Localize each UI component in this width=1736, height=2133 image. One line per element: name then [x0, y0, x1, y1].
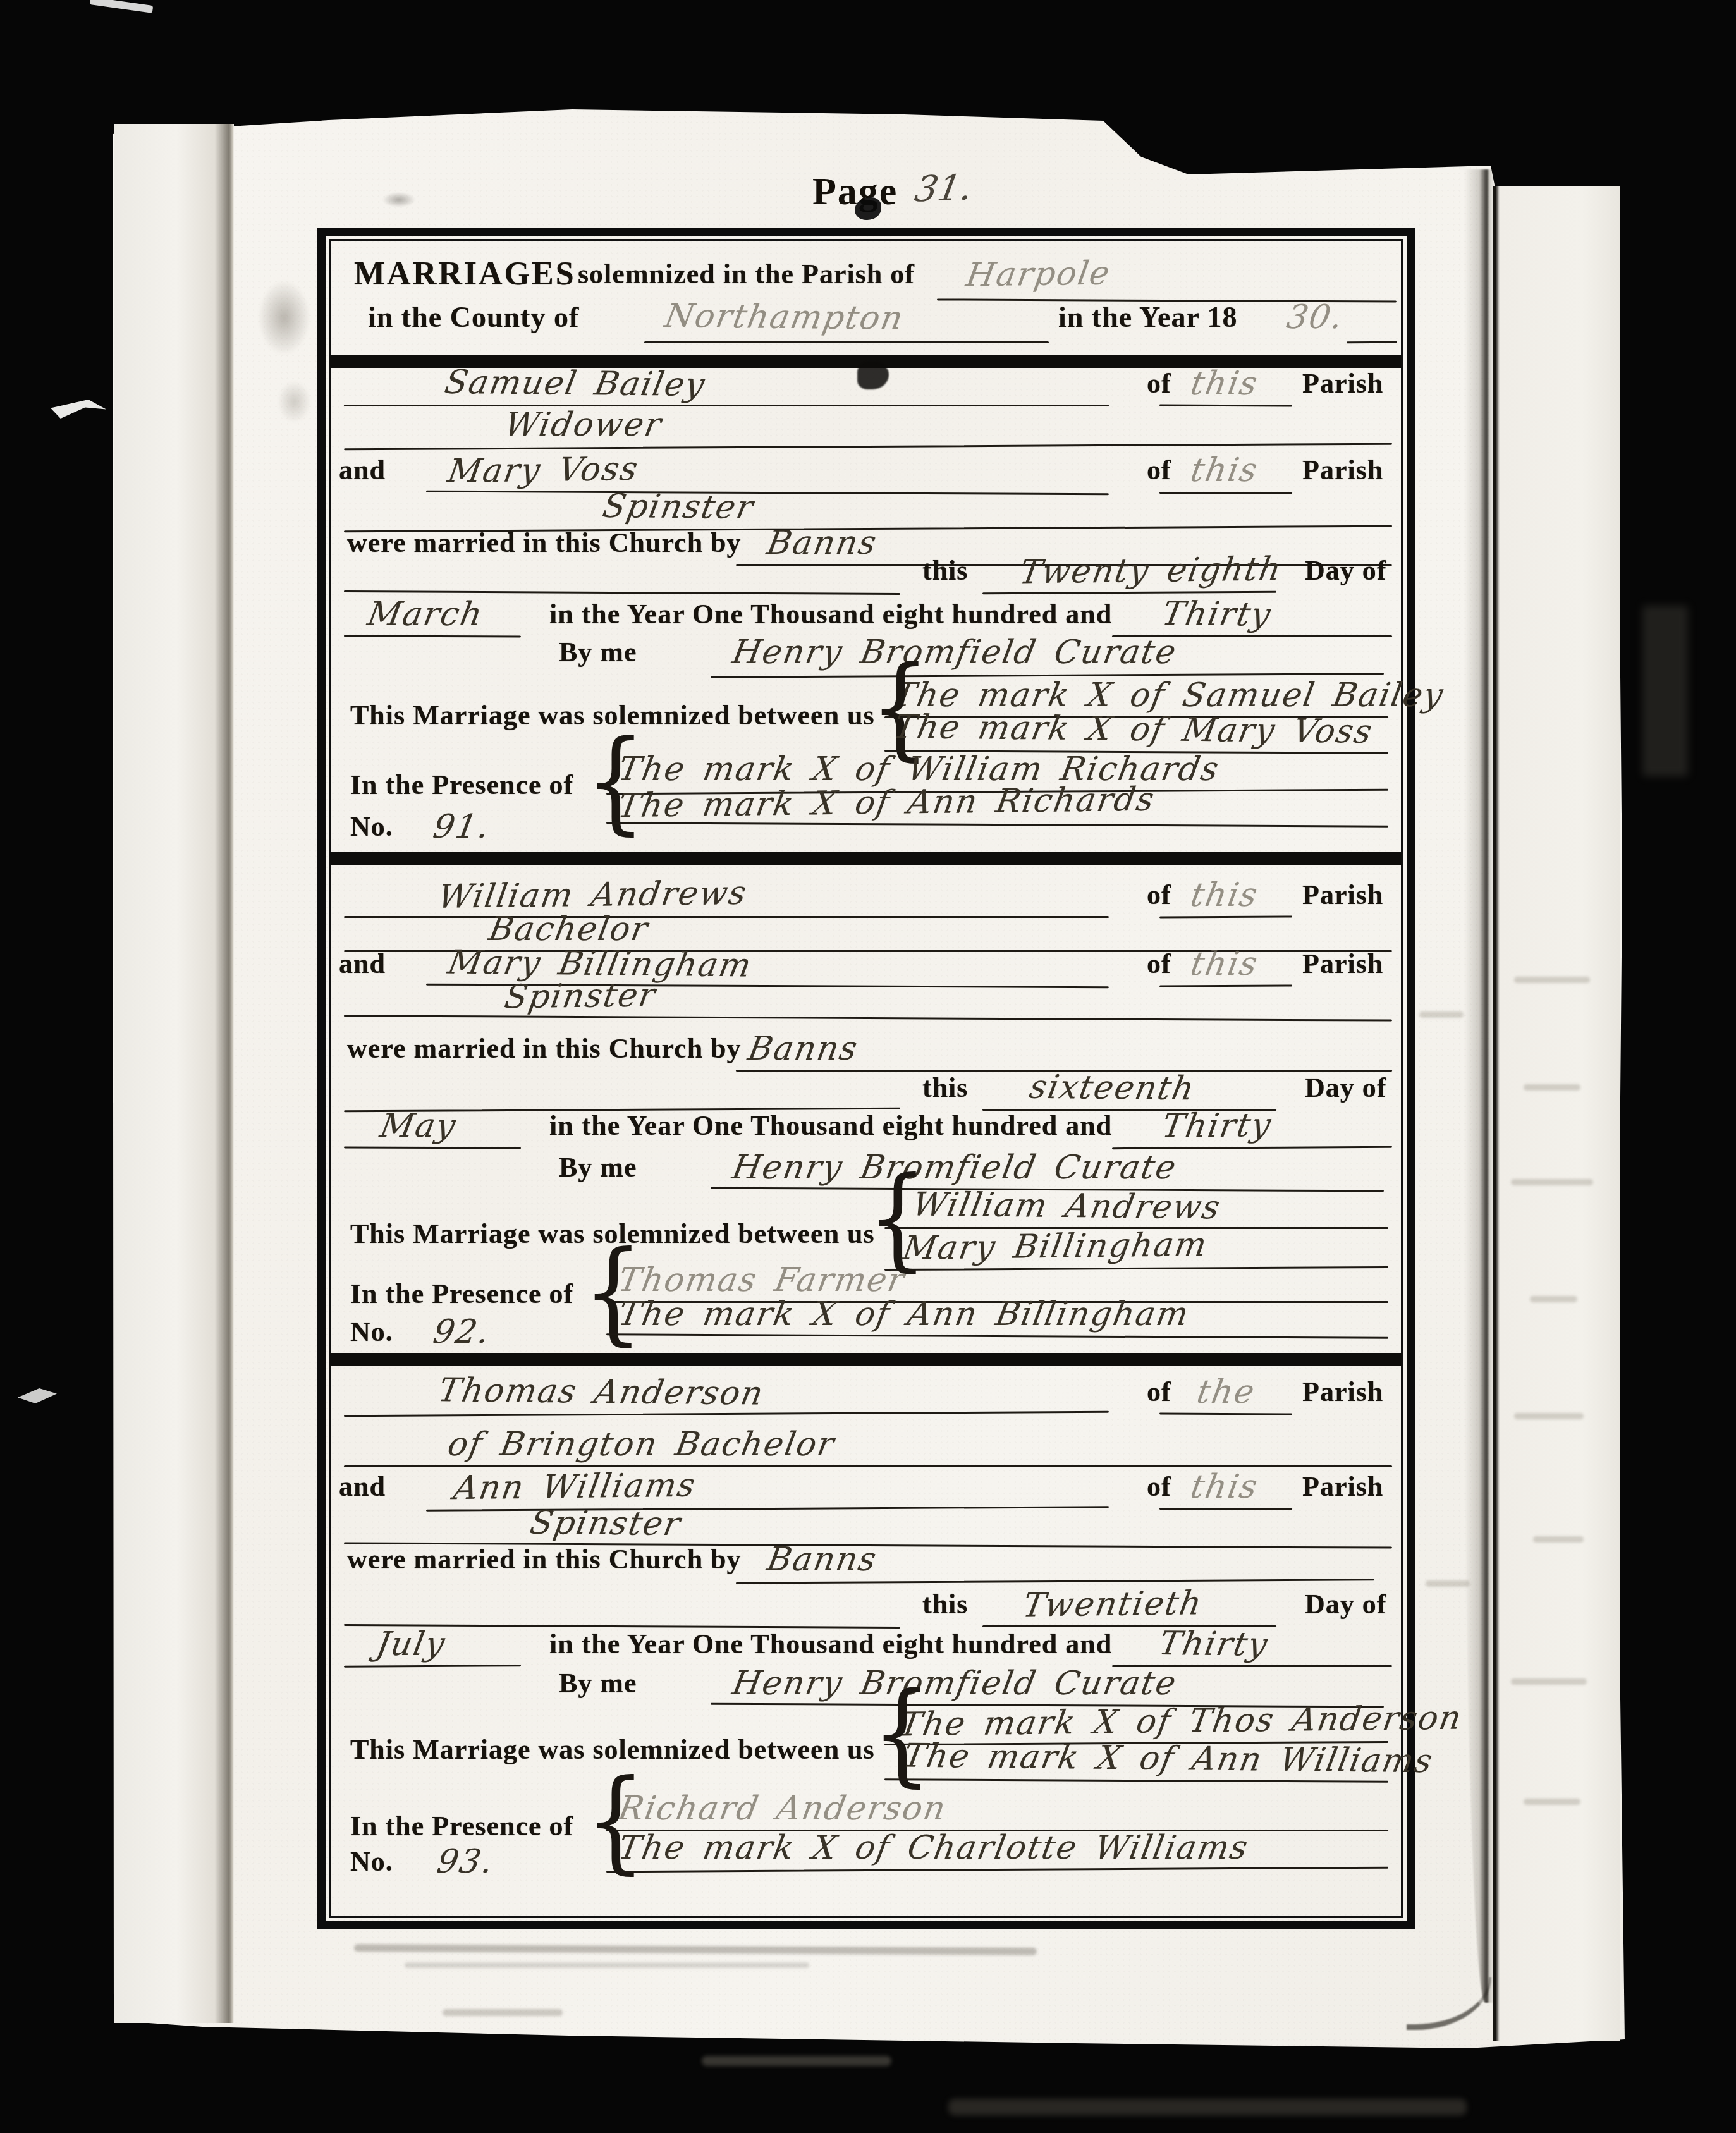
banns-value: Banns — [745, 1029, 861, 1069]
groom-name: Samuel Bailey — [441, 362, 709, 405]
of-label: of — [1147, 450, 1171, 491]
by-me-line: By me Henry Bromfield Curate — [331, 632, 1401, 673]
entry-number: 91. — [430, 807, 493, 847]
bride-condition: Spinster — [502, 975, 659, 1018]
month-year-line: July in the Year One Thousand eight hund… — [331, 1624, 1401, 1665]
year-word-value: Thirty — [1156, 1623, 1272, 1665]
groom-condition: Widower — [501, 405, 665, 445]
form-frame: MARRIAGES solemnized in the Parish of Ha… — [329, 239, 1403, 1918]
of-label: of — [1147, 1467, 1171, 1507]
page-label: Page — [812, 169, 898, 214]
bride-signature: The mark X of Ann Williams — [900, 1736, 1437, 1782]
smudge — [1642, 606, 1688, 776]
bride-parish-value: this — [1187, 1467, 1261, 1507]
day-line: this Twentieth Day of — [331, 1584, 1401, 1625]
scanned-register-sheet: Page 31. MARRIAGES solemnized in the Par… — [0, 0, 1736, 2133]
page-number: 31. — [912, 167, 975, 210]
header-line-2: in the County of Northampton in the Year… — [331, 297, 1401, 338]
smudge — [948, 2099, 1467, 2115]
signature-line-2: The mark X of Mary Voss — [331, 709, 1401, 750]
month-value: July — [373, 1624, 449, 1665]
month-year-line: March in the Year One Thousand eight hun… — [331, 594, 1401, 635]
year-line-label: in the Year One Thousand eight hundred a… — [549, 1106, 1112, 1146]
banns-value: Banns — [764, 1539, 880, 1580]
no-label: No. — [350, 1842, 393, 1882]
month-value: May — [377, 1106, 460, 1146]
year-line-label: in the Year One Thousand eight hundred a… — [549, 594, 1112, 635]
bride-name: Ann Williams — [451, 1465, 699, 1509]
signature-line-2: The mark X of Ann Williams — [331, 1739, 1401, 1779]
groom-line: Thomas Anderson of the Parish — [331, 1372, 1401, 1412]
no-label: No. — [350, 807, 393, 847]
page-fold-shadow — [1464, 169, 1495, 2003]
year-line-label: in the Year One Thousand eight hundred a… — [549, 1624, 1112, 1665]
smudge — [702, 2056, 891, 2066]
underlying-page-edge — [1493, 186, 1620, 2041]
groom-line: Samuel Bailey of this Parish — [331, 364, 1401, 404]
groom-parish-value: this — [1187, 364, 1261, 404]
this-label: this — [922, 1068, 968, 1108]
bride-condition: Spinster — [599, 486, 757, 528]
rule — [1159, 1413, 1292, 1415]
bride-line: and Mary Voss of this Parish — [331, 450, 1401, 491]
bride-line: and Ann Williams of this Parish — [331, 1467, 1401, 1507]
day-value: Twentieth — [1020, 1583, 1205, 1625]
groom-condition: of Brington Bachelor — [444, 1424, 838, 1465]
county-label: in the County of — [368, 297, 579, 338]
officiant-signature: Henry Bromfield Curate — [729, 1147, 1180, 1188]
and-label: and — [339, 1467, 386, 1507]
month-year-line: May in the Year One Thousand eight hundr… — [331, 1106, 1401, 1146]
entry-number-line: No. 92. — [331, 1312, 1401, 1352]
entry-number-line: No. 91. — [331, 807, 1401, 847]
by-me-line: By me Henry Bromfield Curate — [331, 1147, 1401, 1188]
day-value: Twenty eighth — [1017, 549, 1285, 592]
groom-condition-line: of Brington Bachelor — [331, 1424, 1401, 1465]
year-label: in the Year 18 — [1058, 297, 1238, 338]
and-label: and — [339, 450, 386, 491]
parish-label: Parish — [1302, 364, 1383, 404]
bride-name: Mary Voss — [444, 449, 642, 492]
parish-label: Parish — [1302, 450, 1383, 491]
day-line: this Twenty eighth Day of — [331, 551, 1401, 591]
day-value: sixteenth — [1026, 1067, 1198, 1109]
form-title: MARRIAGES — [354, 254, 576, 295]
header-line-1: MARRIAGES solemnized in the Parish of Ha… — [331, 254, 1401, 295]
married-by-line: were married in this Church by Banns — [331, 1029, 1401, 1069]
this-label: this — [922, 1584, 968, 1625]
county-value: Northampton — [661, 296, 907, 339]
entry-number: 93. — [434, 1842, 497, 1882]
day-of-label: Day of — [1305, 1584, 1386, 1625]
entry-number-line: No. 93. — [331, 1842, 1401, 1882]
entry-divider — [330, 852, 1402, 865]
by-me-label: By me — [559, 632, 637, 673]
month-value: March — [364, 594, 486, 635]
married-by-label: were married in this Church by — [347, 1029, 742, 1069]
of-label: of — [1147, 364, 1171, 404]
year-word-value: Thirty — [1159, 1105, 1275, 1147]
parish-label: Parish — [1302, 1467, 1383, 1507]
of-label: of — [1147, 1372, 1171, 1412]
officiant-signature: Henry Bromfield Curate — [729, 1663, 1180, 1704]
by-me-label: By me — [559, 1663, 637, 1704]
this-label: this — [922, 551, 968, 591]
no-label: No. — [350, 1312, 393, 1352]
rule — [644, 341, 1049, 343]
groom-parish-value: the — [1194, 1372, 1258, 1412]
parish-name-value: Harpole — [963, 254, 1114, 296]
scan-speck — [51, 400, 106, 419]
parish-label: Parish — [1302, 1372, 1383, 1412]
day-of-label: Day of — [1305, 551, 1386, 591]
married-by-line: were married in this Church by Banns — [331, 1539, 1401, 1580]
groom-condition-line: Widower — [331, 405, 1401, 445]
bride-condition-line: Spinster — [331, 976, 1401, 1017]
scan-speck — [90, 0, 154, 13]
bride-condition-line: Spinster — [331, 487, 1401, 527]
bride-signature: The mark X of Mary Voss — [891, 707, 1376, 752]
bride-parish-value: this — [1187, 450, 1261, 491]
year-value: 30. — [1283, 297, 1347, 338]
bride-condition: Spinster — [527, 1503, 685, 1544]
groom-name: Thomas Anderson — [436, 1370, 767, 1414]
married-by-label: were married in this Church by — [347, 1539, 742, 1580]
by-me-label: By me — [559, 1147, 637, 1188]
rule — [1347, 341, 1397, 343]
entry-number: 92. — [430, 1312, 493, 1352]
binding-gutter — [114, 124, 234, 2023]
day-of-label: Day of — [1305, 1068, 1386, 1108]
bride-condition-line: Spinster — [331, 1503, 1401, 1544]
scan-speck — [18, 1388, 57, 1403]
officiant-signature: Henry Bromfield Curate — [729, 632, 1180, 673]
entry-divider — [330, 1353, 1402, 1366]
year-word-value: Thirty — [1159, 594, 1275, 635]
day-line: this sixteenth Day of — [331, 1068, 1401, 1108]
solemnized-in-parish-label: solemnized in the Parish of — [578, 254, 915, 295]
by-me-line: By me Henry Bromfield Curate — [331, 1663, 1401, 1704]
